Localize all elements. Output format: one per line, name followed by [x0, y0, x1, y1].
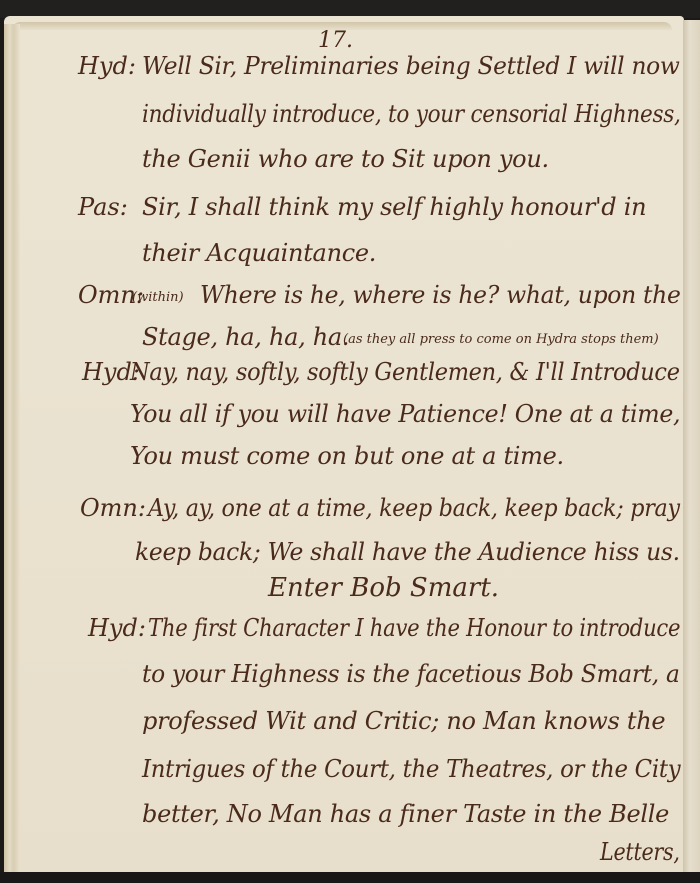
manuscript-text: 17. Hyd: Well Sir, Preliminaries being S… — [0, 0, 700, 883]
catchword: Letters, — [600, 838, 680, 866]
text-line: You all if you will have Patience! One a… — [130, 400, 680, 428]
text-line: Ay, ay, one at a time, keep back, keep b… — [148, 494, 680, 522]
text-line: Nay, nay, softly, softly Gentlemen, & I'… — [130, 358, 680, 386]
text-line: You must come on but one at a time. — [130, 442, 564, 470]
text-line: keep back; We shall have the Audience hi… — [135, 538, 680, 566]
text-line: better, No Man has a finer Taste in the … — [142, 800, 669, 828]
speaker-label: Pas: — [78, 193, 128, 221]
page-number: 17. — [318, 28, 353, 53]
text-line: their Acquaintance. — [142, 239, 376, 267]
text-line: individually introduce, to your censoria… — [142, 100, 681, 128]
text-line: Sir, I shall think my self highly honour… — [142, 193, 646, 221]
speaker-label: Hyd: — [78, 52, 136, 80]
text-line: Intrigues of the Court, the Theatres, or… — [142, 755, 680, 783]
text-line: the Genii who are to Sit upon you. — [142, 145, 549, 173]
text-line: The first Character I have the Honour to… — [148, 614, 680, 642]
text-line: to your Highness is the facetious Bob Sm… — [142, 660, 680, 688]
text-line: professed Wit and Critic; no Man knows t… — [142, 707, 665, 735]
text-line: Where is he, where is he? what, upon the — [200, 281, 681, 309]
aside-direction: (within) — [132, 290, 184, 305]
speaker-label: Hyd: — [88, 614, 146, 642]
speaker-label: Omn: — [80, 494, 146, 522]
text-line: Stage, ha, ha, ha. — [142, 323, 349, 351]
text-line: Well Sir, Preliminaries being Settled I … — [142, 52, 680, 80]
stage-heading: Enter Bob Smart. — [268, 573, 499, 603]
stage-direction: (as they all press to come on Hydra stop… — [343, 332, 659, 347]
